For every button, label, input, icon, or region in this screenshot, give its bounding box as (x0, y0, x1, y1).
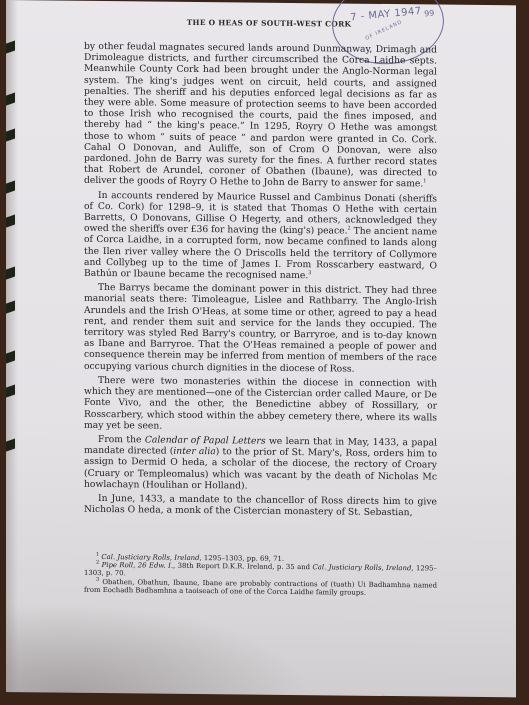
paragraph: by other feudal magnates secured lands a… (84, 41, 437, 190)
footnotes: 1 Cal. Justiciary Rolls, Ireland, 1295–1… (84, 553, 437, 598)
book-page: THE O HEAS OF SOUTH-WEST CORK 7 - MAY 19… (6, 0, 516, 697)
footnote-ref: 1 (423, 179, 426, 185)
paragraph: The Barrys became the dominant power in … (84, 282, 437, 375)
footnote: 3 Obathen, Obathun, Ibaune, Ibane are pr… (84, 577, 437, 597)
stamp-date: 7 - MAY 1947 (350, 6, 423, 24)
paragraph: In June, 1433, a mandate to the chancell… (84, 493, 437, 519)
paragraph: There were two monasteries within the di… (84, 375, 437, 435)
footnote-ref: 3 (308, 270, 311, 276)
page-shadow (6, 602, 312, 695)
body-text: by other feudal magnates secured lands a… (84, 41, 437, 519)
page-number: 99 (424, 9, 435, 19)
stamp-ring-text: OF IRELAND (364, 19, 403, 42)
paragraph: In accounts rendered by Maurice Russel a… (84, 189, 437, 282)
running-title: THE O HEAS OF SOUTH-WEST CORK (187, 18, 352, 29)
paragraph: From the Calendar of Papal Letters we le… (84, 434, 437, 494)
